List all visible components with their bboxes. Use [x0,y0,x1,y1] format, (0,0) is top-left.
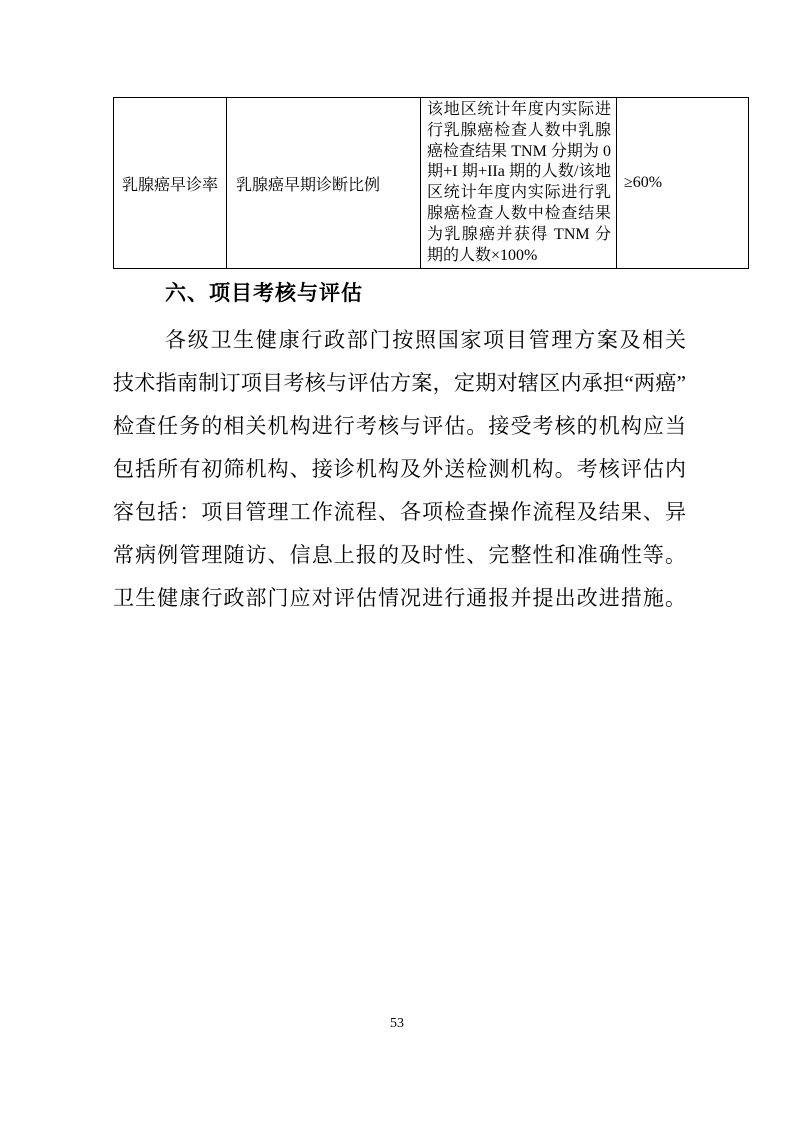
section-paragraph: 各级卫生健康行政部门按照国家项目管理方案及相关 技术指南制订项目考核与评估方案，… [113,319,686,620]
table-row: 乳腺癌早诊率 乳腺癌早期诊断比例 该地区统计年度内实际进行乳腺癌检查人数中乳腺癌… [114,98,749,269]
cell-indicator-definition: 乳腺癌早期诊断比例 [227,98,421,269]
paragraph-line: 检查任务的相关机构进行考核与评估。接受考核的机构应当 [113,405,686,448]
cell-indicator-formula: 该地区统计年度内实际进行乳腺癌检查人数中乳腺癌检查结果 TNM 分期为 0 期+… [421,98,617,269]
paragraph-line: 技术指南制订项目考核与评估方案，定期对辖区内承担“两癌” [113,362,686,405]
paragraph-line: 各级卫生健康行政部门按照国家项目管理方案及相关 [113,319,686,362]
cell-indicator-name: 乳腺癌早诊率 [114,98,227,269]
paragraph-line: 包括所有初筛机构、接诊机构及外送检测机构。考核评估内 [113,448,686,491]
indicator-table: 乳腺癌早诊率 乳腺癌早期诊断比例 该地区统计年度内实际进行乳腺癌检查人数中乳腺癌… [113,97,749,269]
cell-indicator-target: ≥60% [617,98,749,269]
paragraph-line: 常病例管理随访、信息上报的及时性、完整性和准确性等。 [113,534,686,577]
section-heading: 六、项目考核与评估 [113,279,363,309]
paragraph-line: 容包括：项目管理工作流程、各项检查操作流程及结果、异 [113,491,686,534]
paragraph-line: 卫生健康行政部门应对评估情况进行通报并提出改进措施。 [113,577,686,620]
page-number: 53 [0,1016,794,1032]
document-page: 乳腺癌早诊率 乳腺癌早期诊断比例 该地区统计年度内实际进行乳腺癌检查人数中乳腺癌… [0,0,794,1122]
